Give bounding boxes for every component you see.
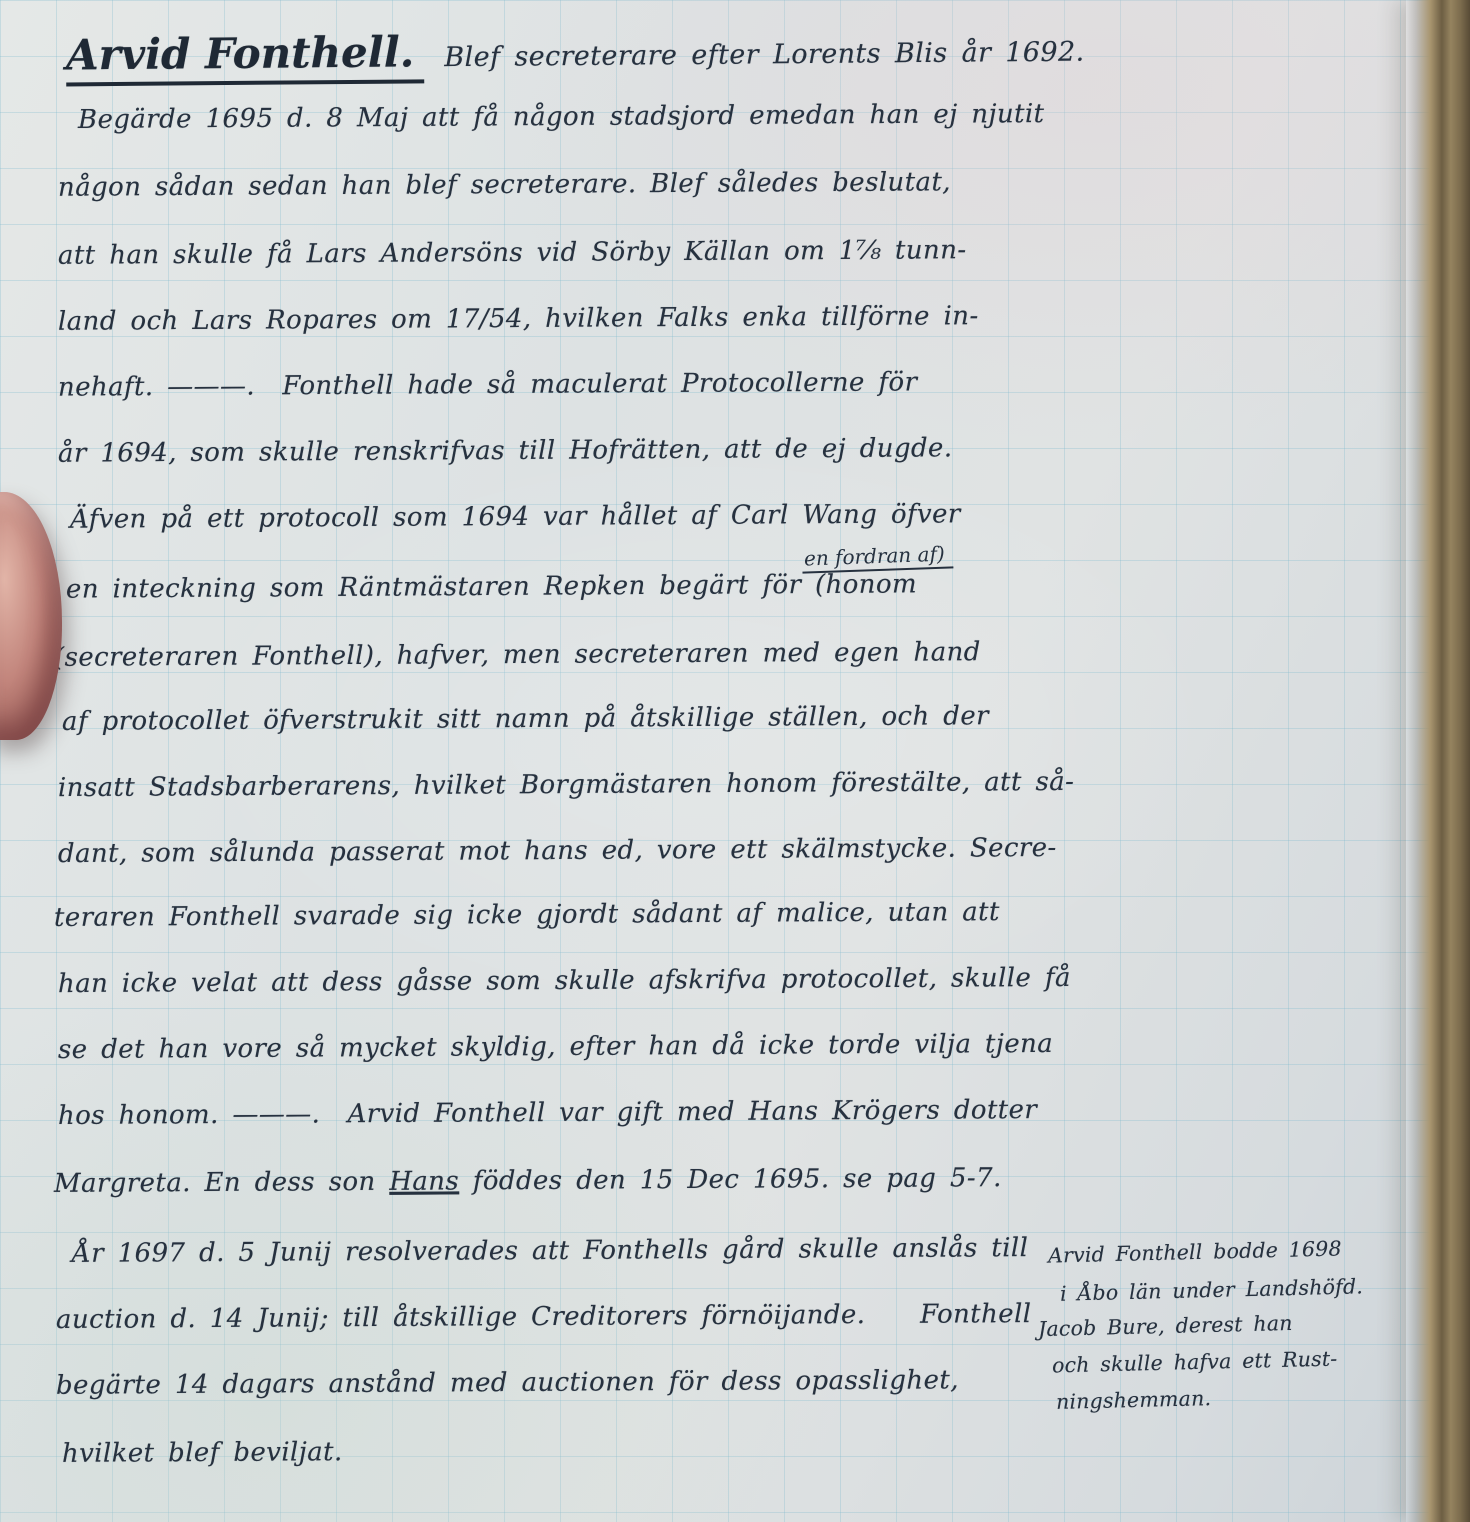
handwritten-line-15: se det han vore så mycket skyldig, efter… bbox=[58, 1029, 1053, 1065]
handwritten-line-19: auction d. 14 Junij; till åtskillige Cre… bbox=[56, 1299, 1032, 1335]
handwritten-line-8: en inteckning som Räntmästaren Repken be… bbox=[66, 569, 917, 604]
marriage-line-before: Margreta. En dess son bbox=[54, 1167, 389, 1199]
page-title: Arvid Fonthell. bbox=[66, 27, 425, 86]
handwritten-line-10: af protocollet öfverstrukit sitt namn på… bbox=[62, 701, 989, 737]
handwritten-line-2: någon sådan sedan han blef secreterare. … bbox=[58, 167, 951, 202]
handwritten-line-17: Margreta. En dess son Hans föddes den 15… bbox=[54, 1163, 1002, 1199]
handwritten-line-13: teraren Fonthell svarade sig icke gjordt… bbox=[54, 897, 1000, 933]
margin-note-line-5: ningshemman. bbox=[1056, 1386, 1212, 1414]
handwritten-line-21: hvilket blef beviljat. bbox=[62, 1437, 343, 1469]
book-binding-edge bbox=[1406, 0, 1470, 1522]
marriage-line-after: föddes den 15 Dec 1695. se pag 5-7. bbox=[459, 1163, 1002, 1196]
handwritten-line-9: (secreteraren Fonthell), hafver, men sec… bbox=[54, 637, 981, 673]
handwritten-line-6: år 1694, som skulle renskrifvas till Hof… bbox=[58, 433, 953, 468]
handwritten-line-12: dant, som sålunda passerat mot hans ed, … bbox=[58, 833, 1057, 869]
handwritten-line-3: att han skulle få Lars Andersöns vid Sör… bbox=[58, 235, 967, 271]
manuscript-page-photo: Arvid Fonthell. Blef secreterare efter L… bbox=[0, 0, 1470, 1522]
handwritten-line-1: Begärde 1695 d. 8 Maj att få någon stads… bbox=[78, 99, 1045, 135]
handwritten-line-11: insatt Stadsbarberarens, hvilket Borgmäs… bbox=[58, 767, 1074, 803]
handwritten-line-7: Äfven på ett protocoll som 1694 var håll… bbox=[70, 499, 961, 534]
heading-line: Arvid Fonthell. Blef secreterare efter L… bbox=[66, 22, 1085, 87]
underlined-name: Hans bbox=[389, 1166, 459, 1196]
handwritten-line-18: År 1697 d. 5 Junij resolverades att Font… bbox=[72, 1233, 1028, 1269]
handwritten-line-5: nehaft. ———. Fonthell hade så maculerat … bbox=[58, 367, 918, 402]
handwritten-line-20: begärte 14 dagars anstånd med auctionen … bbox=[56, 1365, 959, 1401]
handwritten-line-4: land och Lars Ropares om 17/54, hvilken … bbox=[58, 301, 979, 337]
handwritten-line-14: han icke velat att dess gåsse som skulle… bbox=[58, 963, 1071, 999]
heading-continuation: Blef secreterare efter Lorents Blis år 1… bbox=[444, 37, 1084, 74]
handwritten-line-16: hos honom. ———. Arvid Fonthell var gift … bbox=[58, 1095, 1037, 1131]
